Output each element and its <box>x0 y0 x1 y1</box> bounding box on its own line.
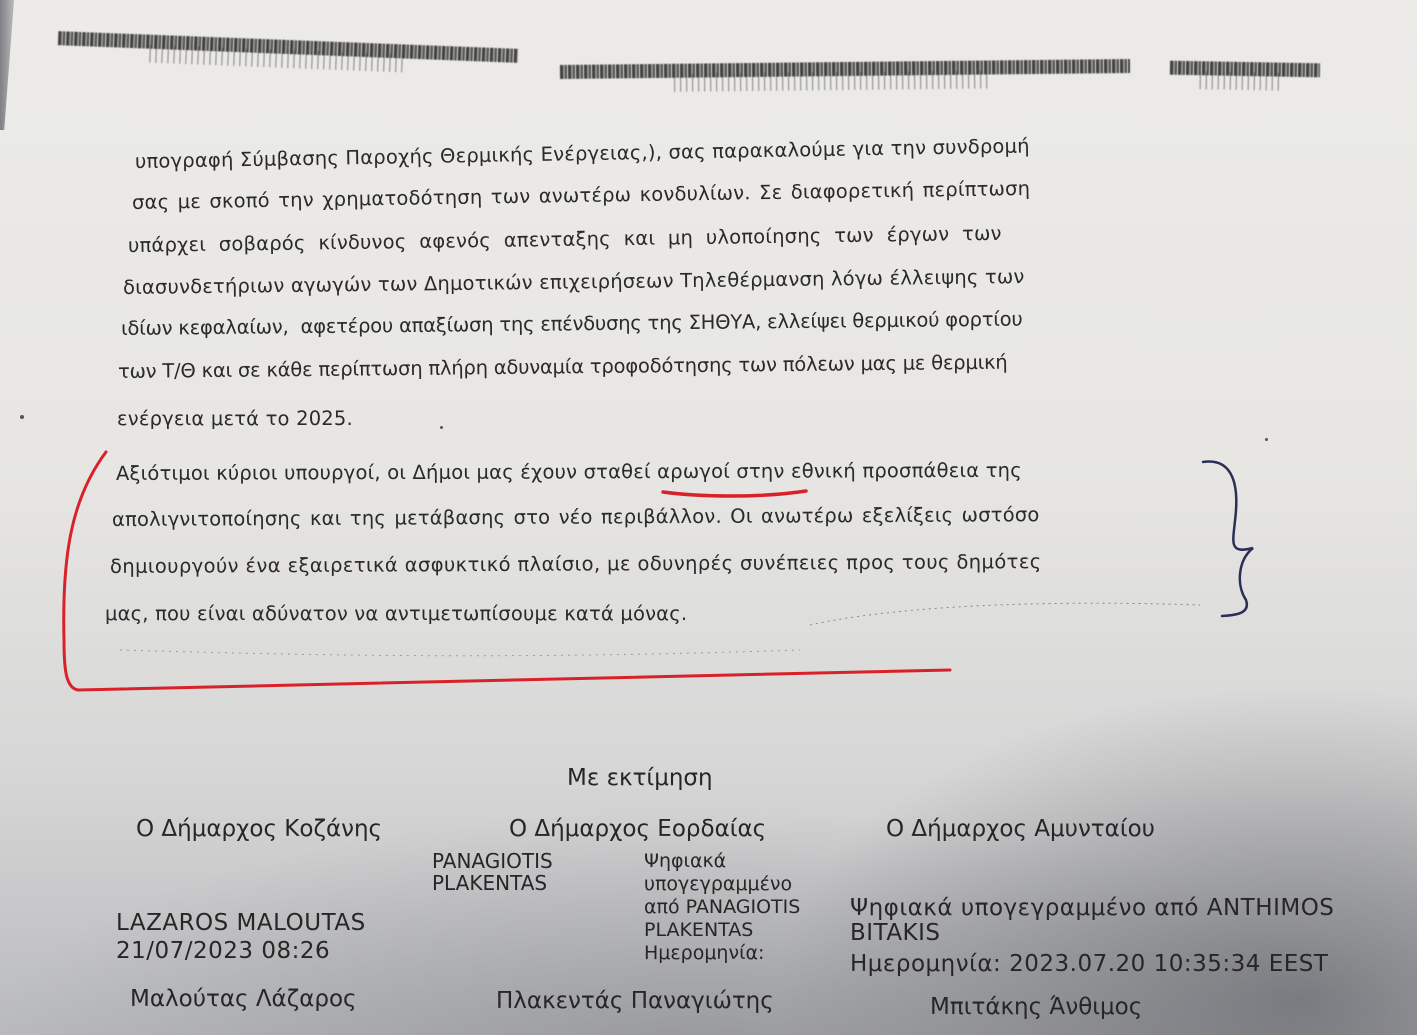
stamp-line: PANAGIOTIS <box>432 850 553 872</box>
stamp-line: από PANAGIOTIS <box>644 896 800 919</box>
paragraph-2-text: Αξιότιμοι κύριοι υπουργοί, οι Δήμοι μας … <box>116 460 584 485</box>
ink-speck <box>1265 438 1268 441</box>
pencil-dotted-line <box>120 650 800 656</box>
paragraph-1-line: υπογραφή Σύμβασης Παροχής Θερμικής Ενέργ… <box>135 134 1030 173</box>
paragraph-1-line: σας με σκοπό την χρηματοδότηση των ανωτέ… <box>132 177 1031 214</box>
stamp-line: BITAKIS <box>850 921 1334 946</box>
scanned-letter-page: υπογραφή Σύμβασης Παροχής Θερμικής Ενέργ… <box>0 0 1417 1035</box>
pencil-dotted-line <box>810 603 1200 625</box>
paragraph-2-line: απολιγνιτοποίησης και της μετάβασης στο … <box>112 503 1040 531</box>
digital-signature-stamp: LAZAROS MALOUTAS 21/07/2023 08:26 <box>116 910 366 964</box>
paragraph-2-line: δημιουργούν ένα εξαιρετικά ασφυκτικό πλα… <box>110 550 1042 578</box>
digital-signature-stamp: Ψηφιακά υπογεγραμμένο από PANAGIOTIS PLA… <box>644 850 800 965</box>
paragraph-2-line: Αξιότιμοι κύριοι υπουργοί, οι Δήμοι μας … <box>116 459 1022 485</box>
signatory-name: Μπιτάκης Άνθιμος <box>930 994 1142 1020</box>
stamp-line: Ψηφιακά υπογεγραμμένο από ANTHIMOS <box>850 896 1334 921</box>
stamp-line: PLAKENTAS <box>644 919 800 942</box>
paragraph-1-line: υπάρχει σοβαρός κίνδυνος αφενός απενταξη… <box>128 222 1002 257</box>
ink-speck <box>440 426 443 429</box>
digital-signature-stamp: Ψηφιακά υπογεγραμμένο από ANTHIMOS BITAK… <box>850 896 1334 977</box>
stamp-line: PLAKENTAS <box>432 872 553 894</box>
paragraph-1-line: διασυνδετήριων αγωγών των Δημοτικών επιχ… <box>123 265 1025 299</box>
signatory-name: Μαλούτας Λάζαρος <box>130 986 357 1012</box>
underlined-phrase: σταθεί αρωγοί <box>584 460 731 484</box>
paragraph-2-text: στην εθνική προσπάθεια της <box>730 459 1022 483</box>
paragraph-1-line: ενέργεια μετά το 2025. <box>117 407 353 430</box>
signatory-title: Ο Δήμαρχος Εορδαίας <box>509 816 766 842</box>
stamp-line: Ημερομηνία: 2023.07.20 10:35:34 EEST <box>850 952 1334 977</box>
ink-speck <box>20 415 24 419</box>
signatory-title: Ο Δήμαρχος Αμυνταίου <box>886 816 1155 842</box>
stamp-line: 21/07/2023 08:26 <box>116 938 366 964</box>
redacted-header-middle <box>560 59 1130 79</box>
paragraph-2-line: μας, που είναι αδύνατον να αντιμετωπίσου… <box>105 602 687 625</box>
stamp-line: LAZAROS MALOUTAS <box>116 910 366 936</box>
signatory-name: Πλακεντάς Παναγιώτης <box>496 988 774 1014</box>
closing-salutation: Με εκτίμηση <box>567 765 713 791</box>
red-underline-annotation <box>663 491 806 496</box>
page-edge-shadow <box>0 0 14 130</box>
stamp-line: υπογεγραμμένο <box>644 873 800 896</box>
stamp-line: Ψηφιακά <box>644 850 800 873</box>
redacted-header-right <box>1170 61 1320 78</box>
paragraph-1-line: ιδίων κεφαλαίων, αφετέρου απαξίωση της ε… <box>121 308 1023 340</box>
redacted-header-left <box>58 31 518 63</box>
paragraph-1-line: των Τ/Θ και σε κάθε περίπτωση πλήρη αδυν… <box>118 351 1008 383</box>
digital-signature-name: PANAGIOTIS PLAKENTAS <box>432 850 553 894</box>
blue-brace-annotation <box>1203 462 1253 616</box>
signatory-title: Ο Δήμαρχος Κοζάνης <box>136 816 382 842</box>
stamp-line: Ημερομηνία: <box>644 942 800 965</box>
